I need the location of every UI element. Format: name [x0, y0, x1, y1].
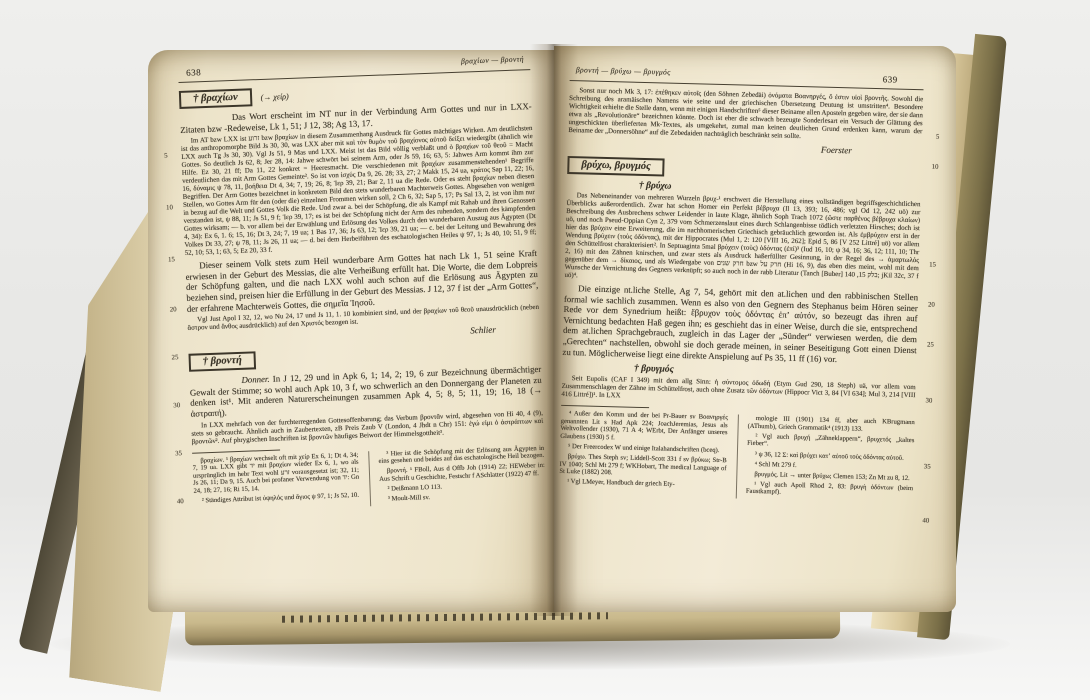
- margin-line-number: 10: [932, 164, 939, 171]
- margin-line-number: 25: [171, 354, 178, 361]
- footnote-column-right: mologie III (1901) 134 ff, aber auch KBr…: [736, 415, 915, 503]
- margin-line-number: 10: [166, 204, 173, 211]
- margin-line-number: 30: [173, 402, 180, 409]
- left-page-text: 638 βραχίων — βροντή 5 10 15 20 25 30 35…: [178, 55, 546, 513]
- margin-line-number: 20: [170, 306, 177, 313]
- right-page-text: βροντή — βρύχω — βρυγμός 639 5 10 15 20 …: [559, 66, 924, 503]
- footnotes-left-page: βραχίων. ¹ βραχίων wechselt oft mit χείρ…: [192, 444, 546, 512]
- margin-line-number: 40: [177, 498, 184, 505]
- left-page: 638 βραχίων — βροντή 5 10 15 20 25 30 35…: [148, 50, 554, 612]
- margin-line-number: 35: [924, 463, 931, 470]
- right-page: βροντή — βρύχω — βρυγμός 639 5 10 15 20 …: [554, 46, 956, 612]
- brycho-history-paragraph: Das Nebeneinander von mehreren Wurzeln β…: [564, 192, 920, 289]
- bronte-continuation-paragraph: Sonst nur noch Mk 3, 17: ἐπέθηκεν αὐτοῖς…: [568, 87, 923, 144]
- page-number-right: 639: [883, 74, 898, 84]
- cross-reference-cheir: (→ χείρ): [260, 91, 288, 101]
- footnotes-right-page: ⁴ Außer den Komm und der bei Pr-Bauer sv…: [559, 410, 915, 503]
- article-heading-bronte: † βροντή: [188, 352, 256, 372]
- article-heading-brycho-brygmos: βρύχω, βρυγμός: [567, 156, 665, 177]
- footnote-column-left: ⁴ Außer den Komm und der bei Pr-Bauer sv…: [559, 410, 728, 498]
- margin-line-number: 40: [922, 517, 929, 524]
- bronte-lead-word: Donner.: [241, 374, 269, 385]
- footnote: ² Vgl auch βρυχή „Zähneklappern“, βρυχετ…: [747, 433, 914, 453]
- footnote: ¹ Vgl LMeyer, Handbuch der griech Ety-: [559, 478, 726, 490]
- article-heading-brachion: † βραχίων: [179, 88, 252, 109]
- footnote-column-right: ³ Hier ist die Schöpfung mit der Erlösun…: [368, 444, 546, 506]
- brachion-survey-paragraph: Im AT bzw LXX ist זרוע bzw βραχίων in di…: [181, 125, 537, 258]
- margin-line-number: 15: [929, 261, 936, 268]
- page-number-left: 638: [186, 67, 201, 78]
- footnote-rule-left: [192, 449, 280, 453]
- margin-line-number: 15: [168, 256, 175, 263]
- margin-line-number: 35: [175, 450, 182, 457]
- running-head-right: βροντή — βρύχω — βρυγμός: [576, 65, 671, 76]
- margin-line-number: 20: [928, 301, 935, 308]
- brygmos-history-paragraph: Seit Eupolis (CAF I 349) mit dem allg Si…: [561, 375, 916, 408]
- brycho-nt-paragraph: Die einzige nt.liche Stelle, Ag 7, 54, g…: [562, 283, 918, 366]
- footnote-column-left: βραχίων. ¹ βραχίων wechselt oft mit χείρ…: [192, 451, 360, 513]
- margin-line-number: 5: [936, 134, 940, 141]
- open-book: 638 βραχίων — βροντή 5 10 15 20 25 30 35…: [0, 0, 1090, 700]
- footnote: βρύχω. Thes Steph sv; Liddell-Scott 331 …: [559, 453, 727, 480]
- footnote: mologie III (1901) 134 ff, aber auch KBr…: [748, 415, 915, 435]
- footnote-rule-right: [561, 405, 649, 408]
- footnote: ¹ Vgl auch Apoll Rhod 2, 83: βρυγὴ ὀδόντ…: [746, 481, 913, 501]
- brachion-nt-paragraph: Dieser seinem Volk stets zum Heil wunder…: [185, 248, 539, 314]
- margin-line-number: 5: [164, 152, 168, 159]
- article-heading-row-brycho-group: βρύχω, βρυγμός: [567, 156, 921, 183]
- margin-line-number: 30: [925, 397, 932, 404]
- running-head-left: βραχίων — βροντή: [461, 54, 524, 65]
- margin-line-number: 25: [927, 341, 934, 348]
- left-page-header: 638 βραχίων — βροντή: [178, 55, 530, 81]
- footnote: βραχίων. ¹ βραχίων wechselt oft mit χείρ…: [192, 451, 359, 495]
- photo-background: 638 βραχίων — βροντή 5 10 15 20 25 30 35…: [0, 0, 1090, 700]
- footnote: ⁴ Außer den Komm und der bei Pr-Bauer sv…: [560, 410, 728, 445]
